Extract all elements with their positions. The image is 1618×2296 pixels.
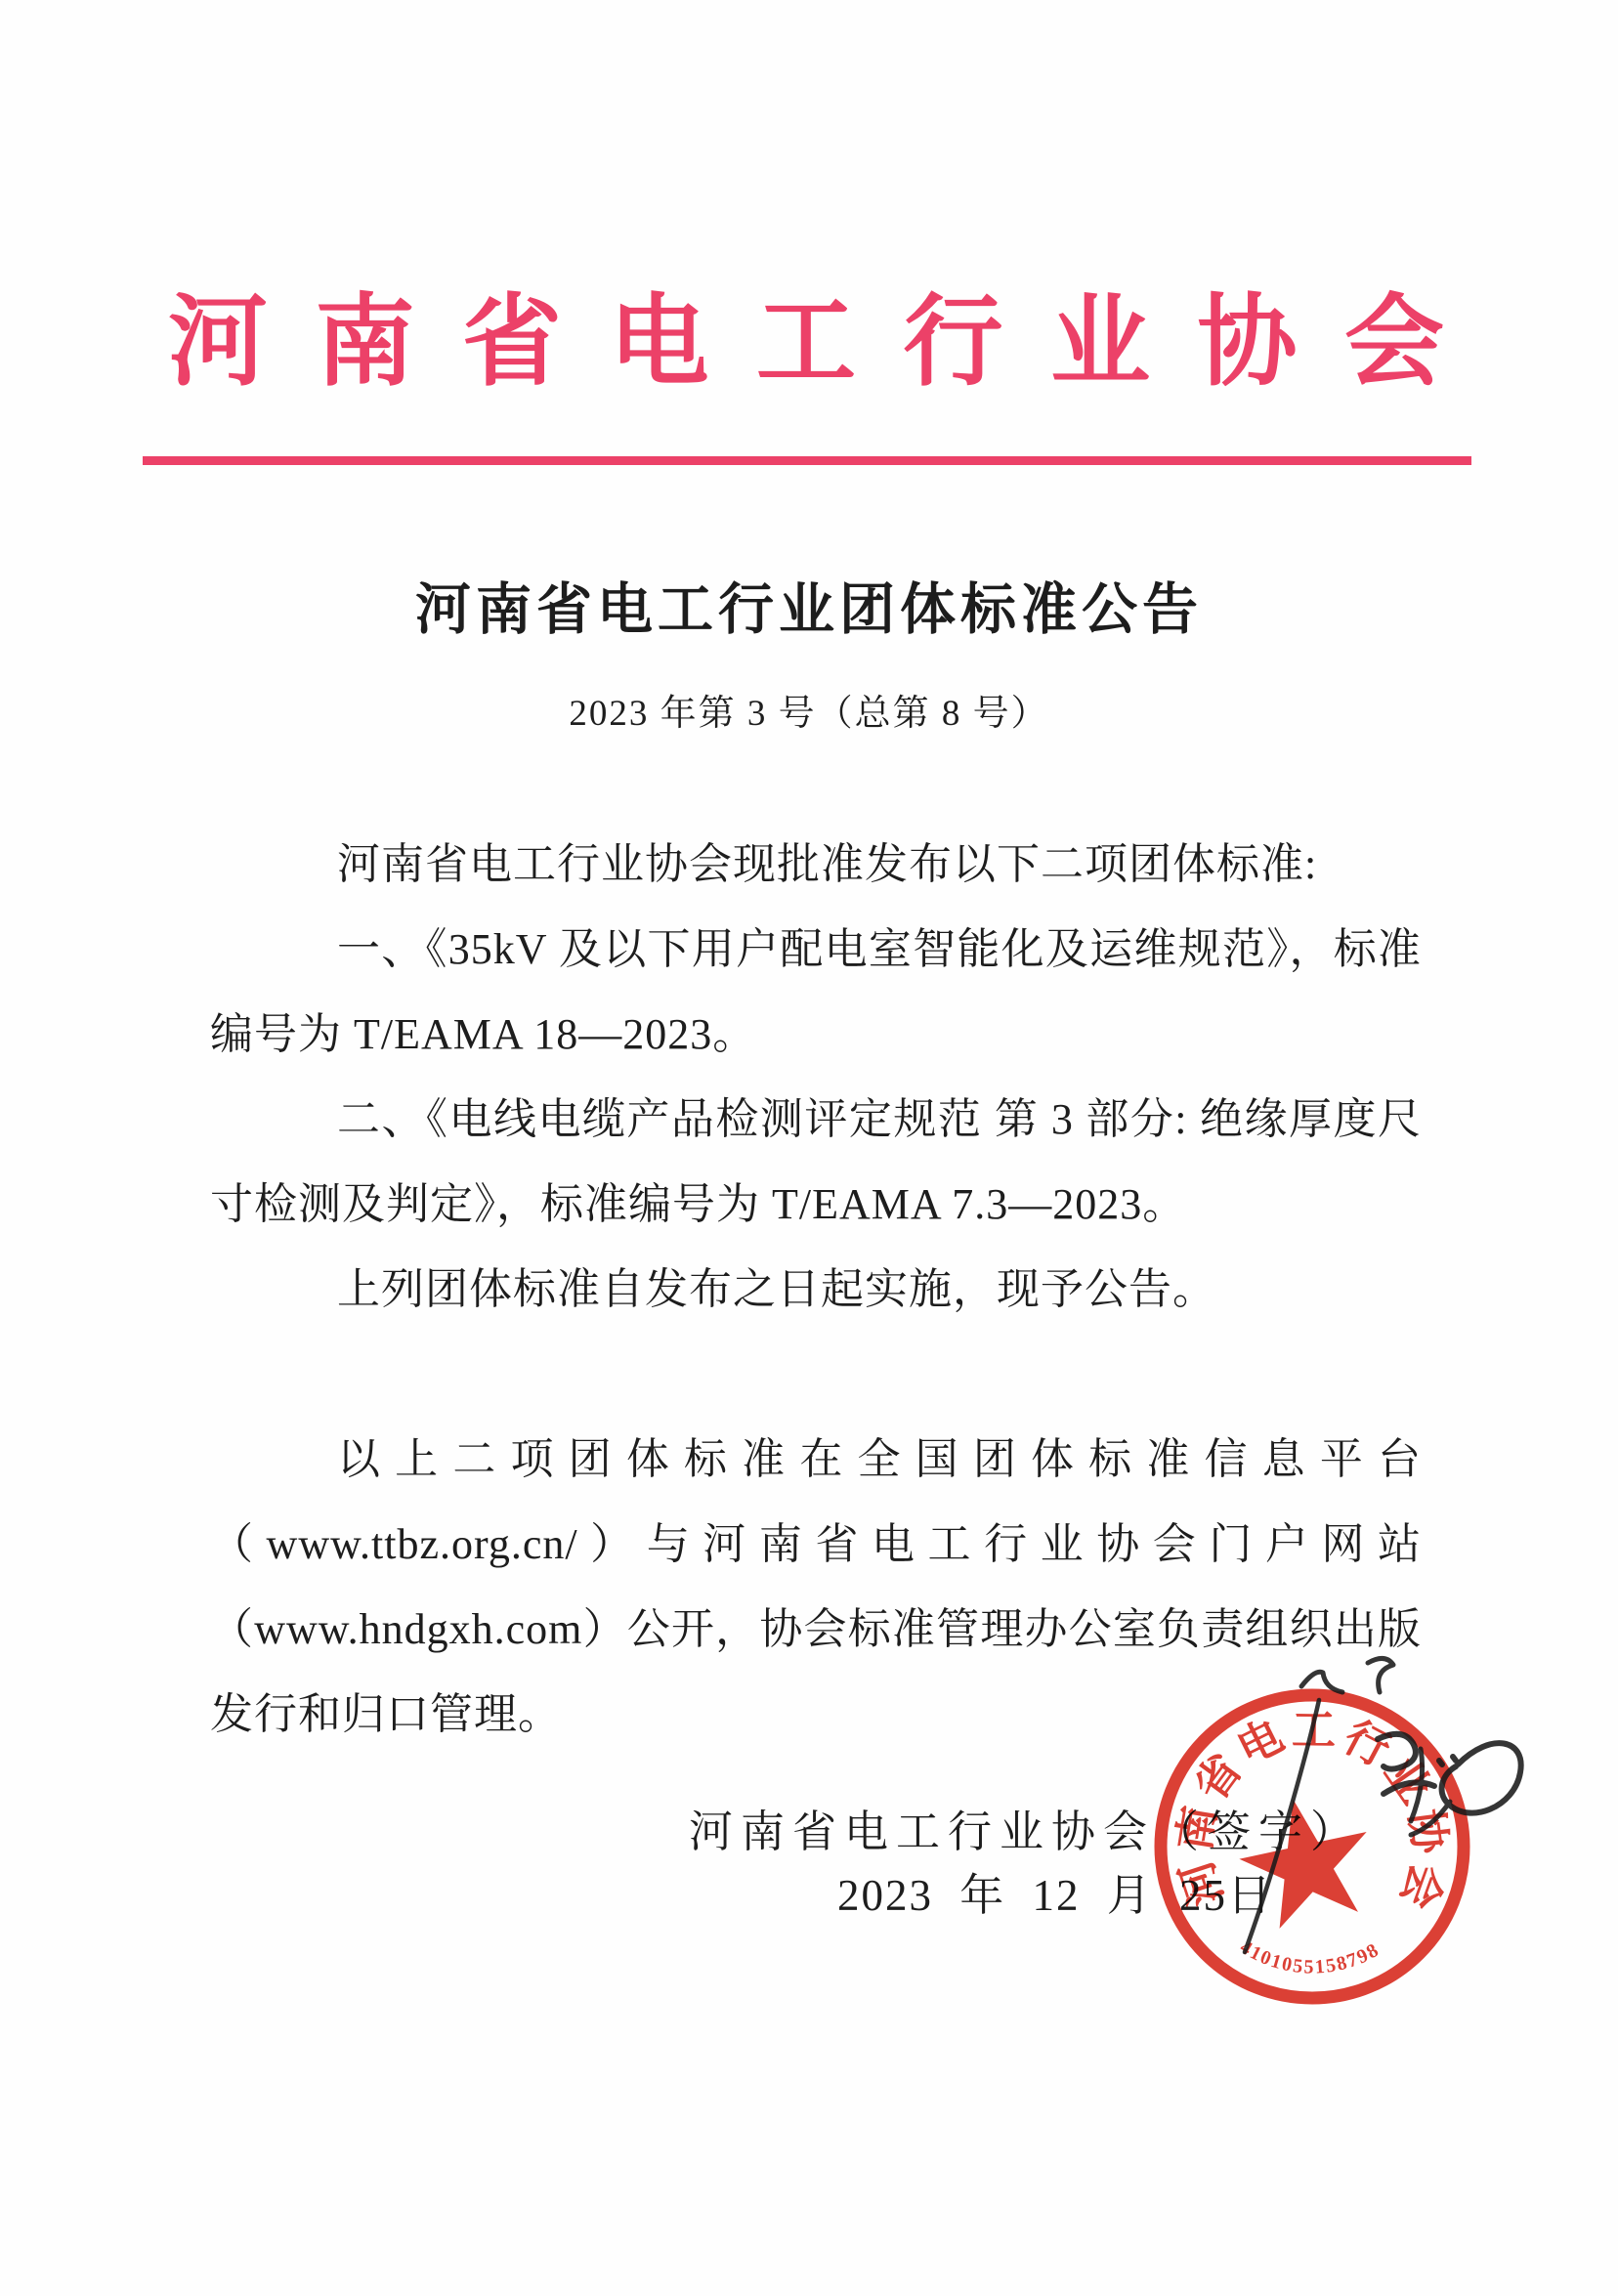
body-item1-line1: 一、《35kV 及以下用户配电室智能化及运维规范》，标准 — [337, 924, 1422, 975]
letterhead-char: 协 — [1198, 289, 1298, 399]
notice-title: 河南省电工行业团体标准公告 — [0, 565, 1618, 645]
body-platform-line4: 发行和归口管理。 — [210, 1689, 562, 1740]
document-page: 河南省电工行业协会 河南省电工行业团体标准公告 2023 年第 3 号（总第 8… — [0, 0, 1618, 2296]
letterhead-char: 会 — [1344, 289, 1444, 399]
notice-issue-number: 2023 年第 3 号（总第 8 号） — [0, 683, 1618, 736]
letterhead-char: 省 — [462, 289, 562, 399]
body-item2-line2: 寸检测及判定》，标准编号为 T/EAMA 7.3—2023。 — [210, 1179, 1186, 1230]
handwritten-signature — [1212, 1602, 1544, 1974]
body-platform-line1: 以 上 二 项 团 体 标 准 在 全 国 团 体 标 准 信 息 平 台 — [337, 1434, 1422, 1485]
letterhead-org-name: 河南省电工行业协会 — [168, 289, 1444, 399]
letterhead-char: 河 — [168, 289, 268, 399]
body-platform-line2: （www.ttbz.org.cn/）与河南省电工行业协会门户网站 — [210, 1519, 1422, 1570]
letterhead-char: 电 — [610, 289, 709, 399]
letterhead-divider-line — [143, 456, 1471, 465]
body-effective-line: 上列团体标准自发布之日起实施，现予公告。 — [337, 1264, 1216, 1315]
letterhead-char: 业 — [1050, 289, 1150, 399]
body-item1-line2: 编号为 T/EAMA 18—2023。 — [210, 1009, 756, 1060]
body-intro-line: 河南省电工行业协会现批准发布以下二项团体标准: — [337, 839, 1317, 890]
body-item2-line1: 二、《电线电缆产品检测评定规范 第 3 部分: 绝缘厚度尺 — [337, 1094, 1422, 1145]
letterhead-char: 行 — [904, 289, 1003, 399]
letterhead-char: 南 — [316, 289, 415, 399]
letterhead-char: 工 — [756, 289, 856, 399]
